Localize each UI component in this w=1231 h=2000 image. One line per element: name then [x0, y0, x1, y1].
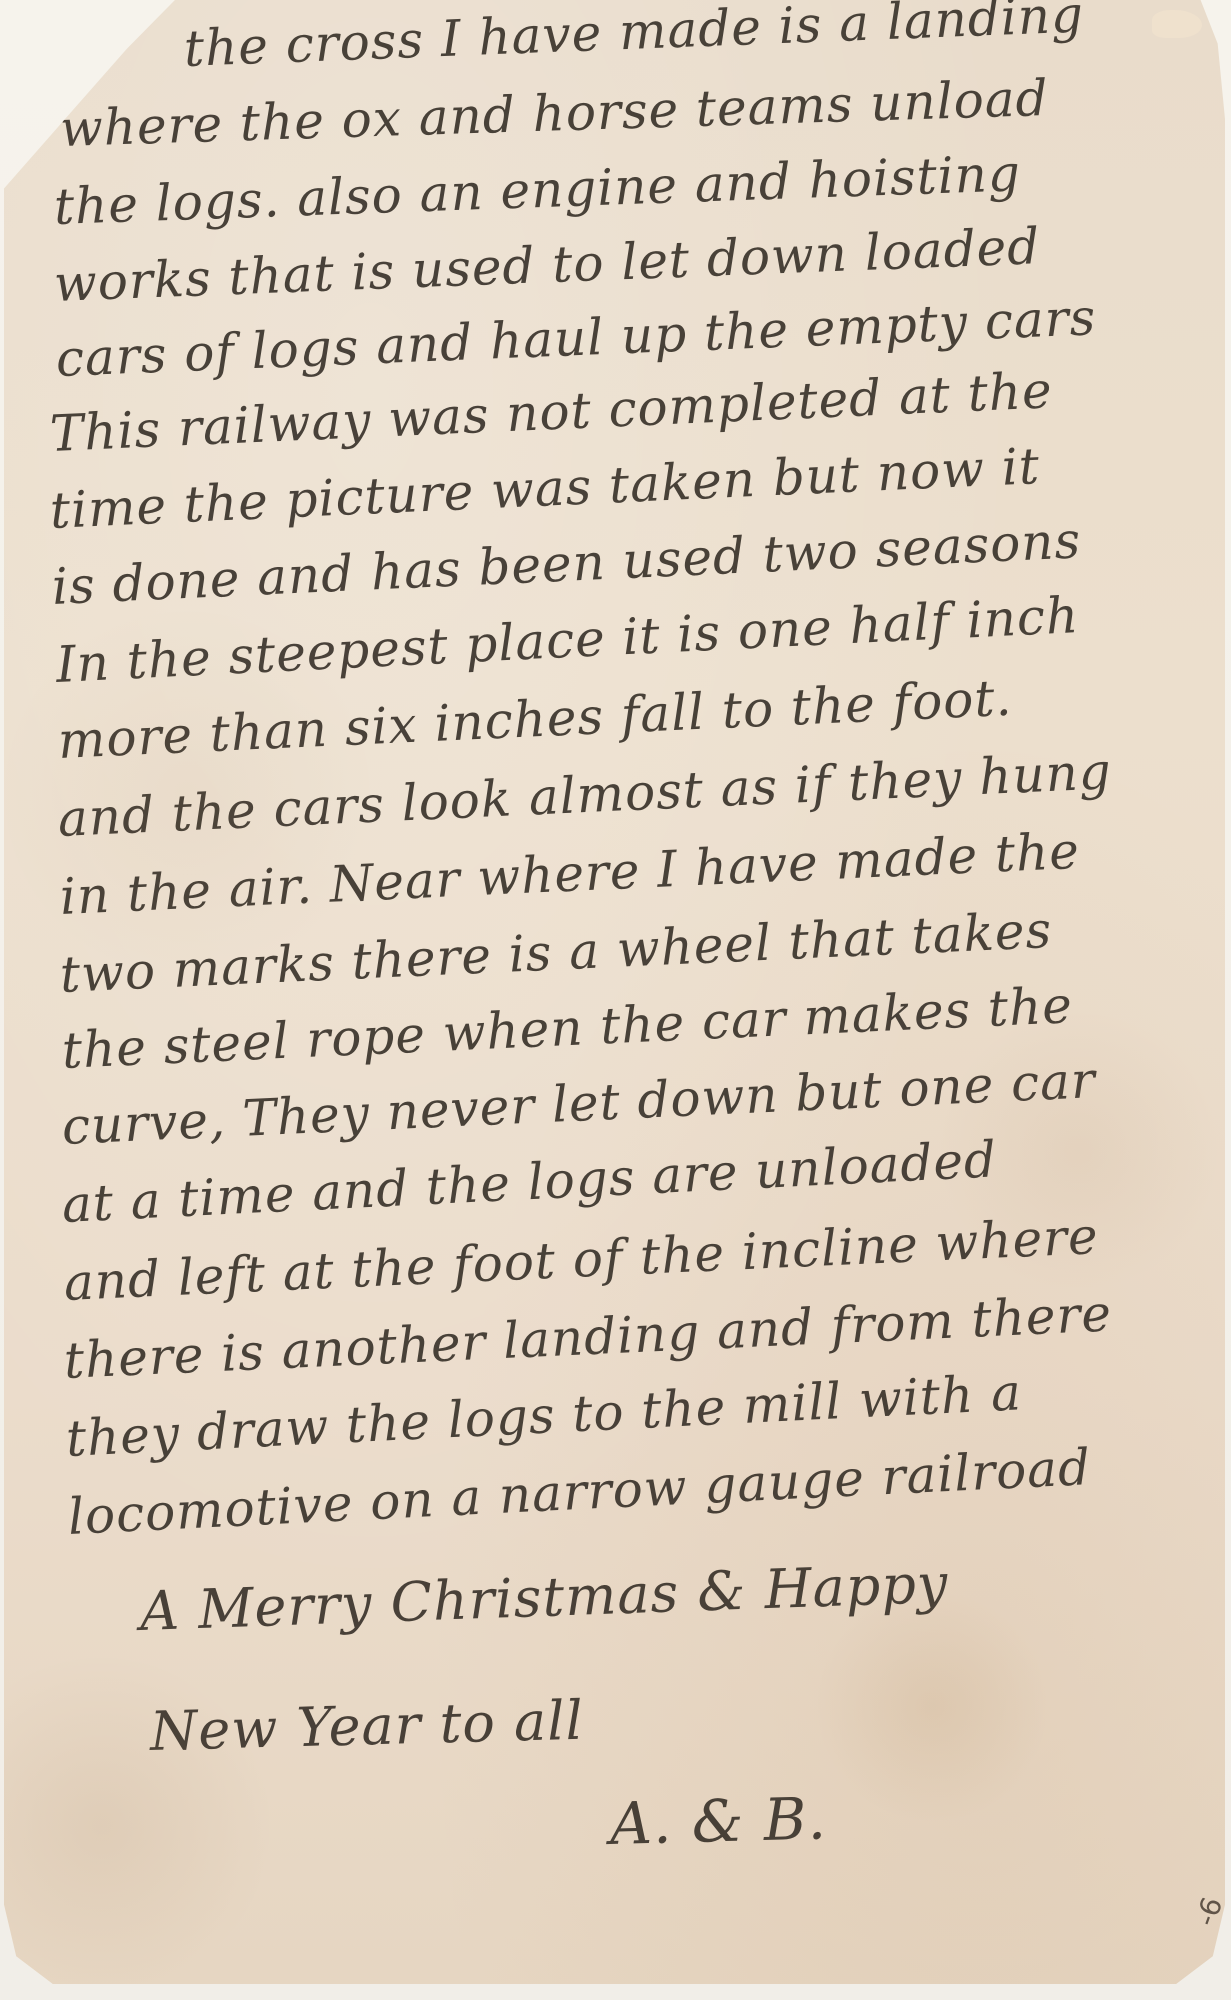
greeting-line: A Merry Christmas & Happy [139, 1552, 949, 1643]
letter-line: the cross I have made is a landing [183, 0, 1085, 78]
signature: A. & B. [609, 1784, 828, 1858]
letter-card: the cross I have made is a landing where… [4, 0, 1225, 1984]
letter-line: the logs. also an engine and hoisting [53, 144, 1022, 236]
greeting-line: New Year to all [149, 1689, 584, 1763]
letter-line: where the ox and horse teams unload [59, 69, 1049, 158]
letter-body: the cross I have made is a landing where… [4, 0, 1225, 1984]
